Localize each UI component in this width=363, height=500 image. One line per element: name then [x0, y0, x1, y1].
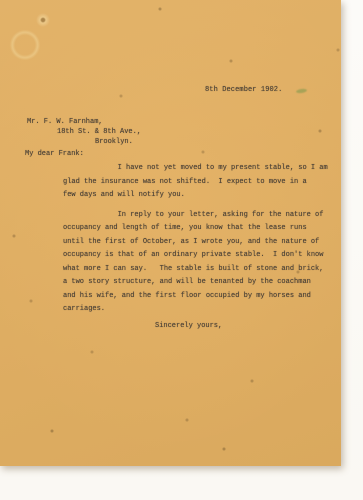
letter-line: a two story structure, and will be tenan… — [63, 276, 328, 290]
letter-line: few days and will notify you. — [63, 189, 328, 203]
letter-line: Brooklyn. — [27, 137, 141, 147]
letter-line: Mr. F. W. Farnham, — [27, 117, 141, 127]
letter-line: and his wife, and the first floor occupi… — [63, 290, 328, 304]
letter-line: 18th St. & 8th Ave., — [27, 127, 141, 137]
recipient-address-block: Mr. F. W. Farnham,18th St. & 8th Ave.,Br… — [27, 117, 141, 147]
letter-body: I have not yet moved to my present stabl… — [63, 162, 328, 323]
letter-line: In reply to your letter, asking for the … — [63, 209, 328, 223]
letter-line: carriages. — [63, 303, 328, 317]
letter-line: what more I can say. The stable is built… — [63, 263, 328, 277]
letter-paper-sheet: 8th December 1902. Mr. F. W. Farnham,18t… — [0, 0, 341, 466]
paragraph-1: I have not yet moved to my present stabl… — [63, 162, 328, 203]
closing-signoff: Sincerely yours, — [155, 322, 222, 330]
salutation: My dear Frank: — [25, 150, 84, 158]
letter-line: glad the insurance was not shifted. I ex… — [63, 176, 328, 190]
letter-line: occupancy is that of an ordinary private… — [63, 249, 328, 263]
paragraph-2: In reply to your letter, asking for the … — [63, 209, 328, 317]
letter-line: occupancy and length of time, you know t… — [63, 222, 328, 236]
letter-line: I have not yet moved to my present stabl… — [63, 162, 328, 176]
green-pencil-mark — [296, 88, 307, 93]
letter-date: 8th December 1902. — [205, 86, 282, 94]
letter-line: until the first of October, as I wrote y… — [63, 236, 328, 250]
